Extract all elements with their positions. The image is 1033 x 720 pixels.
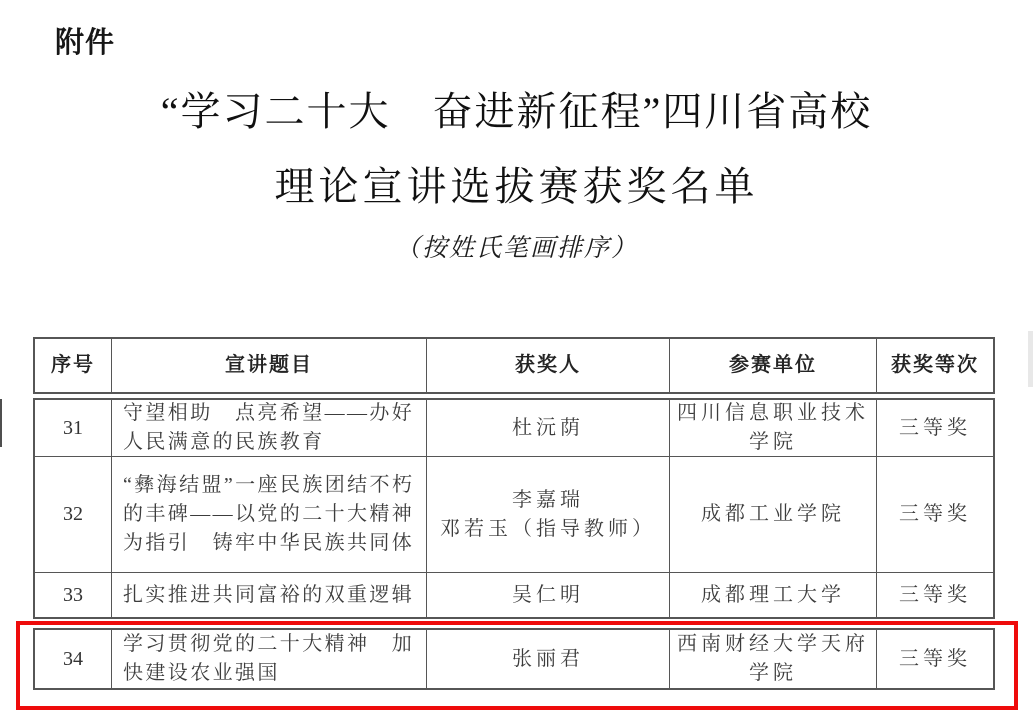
row-33-winner: 吴仁明 [427,573,670,617]
header-cell-serial: 序号 [35,339,112,392]
header-row: 序号 宣讲题目 获奖人 参赛单位 获奖等次 [35,339,993,392]
row-31-topic-text: 守望相助 点亮希望——办好人民满意的民族教育 [123,400,416,456]
row-33-award: 三等奖 [877,573,993,617]
row-32-serial: 32 [35,457,112,572]
scan-edge-bar [1028,331,1033,387]
row-32-winner: 李嘉瑞 邓若玉（指导教师） [427,457,670,572]
document-title-line2: 理论宣讲选拔赛获奖名单 [0,155,1033,212]
table-row-33: 33 扎实推进共同富裕的双重逻辑 吴仁明 成都理工大学 三等奖 [35,573,993,617]
document-page: 附件 “学习二十大 奋进新征程”四川省高校 理论宣讲选拔赛获奖名单 （按姓氏笔画… [0,0,1033,720]
row-33-unit: 成都理工大学 [670,573,877,617]
document-title-line1: “学习二十大 奋进新征程”四川省高校 [0,80,1033,137]
table-row-31: 31 守望相助 点亮希望——办好人民满意的民族教育 杜沅荫 四川信息职业技术学院… [35,400,993,457]
highlight-box-row-34 [16,621,1018,710]
row-31-unit: 四川信息职业技术学院 [670,400,877,456]
row-32-winner-line2: 邓若玉（指导教师） [440,515,656,544]
row-32-unit: 成都工业学院 [670,457,877,572]
results-table-header: 序号 宣讲题目 获奖人 参赛单位 获奖等次 [33,337,995,394]
row-31-serial: 31 [35,400,112,456]
header-cell-winner: 获奖人 [427,339,670,392]
row-32-topic-text: “彝海结盟”一座民族团结不朽的丰碑——以党的二十大精神为指引 铸牢中华民族共同体 [123,471,416,558]
row-31-winner: 杜沅荫 [427,400,670,456]
row-32-topic: “彝海结盟”一座民族团结不朽的丰碑——以党的二十大精神为指引 铸牢中华民族共同体 [112,457,427,572]
row-31-award: 三等奖 [877,400,993,456]
header-cell-topic: 宣讲题目 [112,339,427,392]
row-33-topic: 扎实推进共同富裕的双重逻辑 [112,573,427,617]
table-row-32: 32 “彝海结盟”一座民族团结不朽的丰碑——以党的二十大精神为指引 铸牢中华民族… [35,457,993,573]
row-32-winner-line1: 李嘉瑞 [512,486,584,515]
row-33-topic-text: 扎实推进共同富裕的双重逻辑 [123,581,416,610]
header-cell-unit: 参赛单位 [670,339,877,392]
header-cell-award: 获奖等次 [877,339,993,392]
row-33-serial: 33 [35,573,112,617]
row-32-award: 三等奖 [877,457,993,572]
scan-edge-line [0,399,2,447]
sort-order-note: （按姓氏笔画排序） [0,228,1033,264]
attachment-label: 附件 [55,20,115,61]
results-table-body: 31 守望相助 点亮希望——办好人民满意的民族教育 杜沅荫 四川信息职业技术学院… [33,398,995,619]
row-31-topic: 守望相助 点亮希望——办好人民满意的民族教育 [112,400,427,456]
